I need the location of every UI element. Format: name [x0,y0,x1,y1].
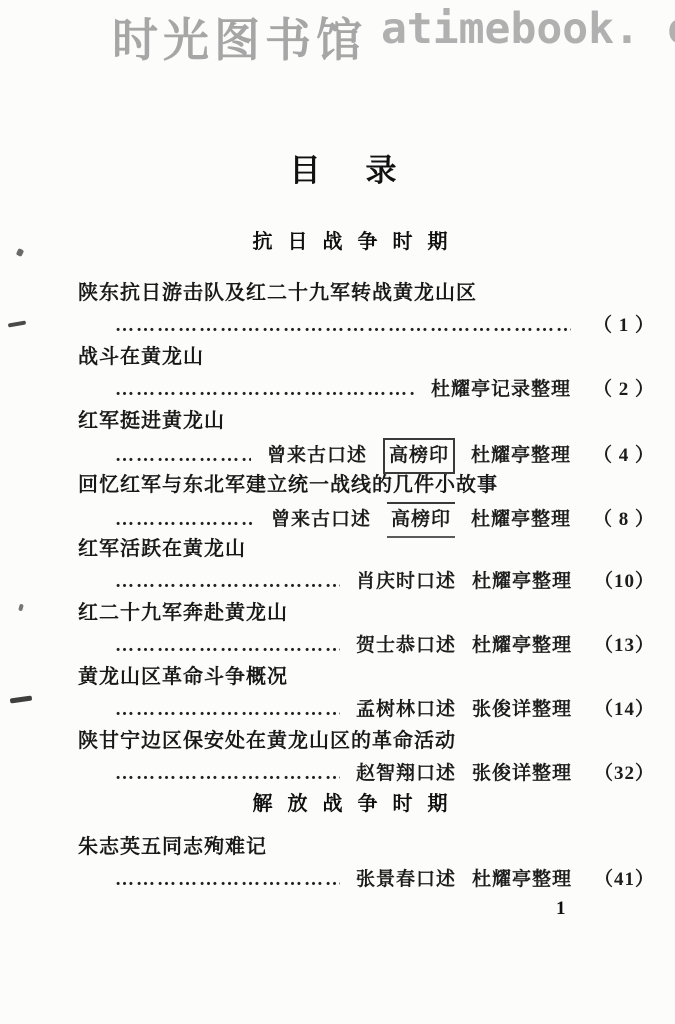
toc-entry: 黄龙山区革命斗争概况 ……………………………………………………………………………… [78,661,655,725]
entry-page-number: （14） [594,694,655,725]
entry-orator: 肖庆时口述 [356,566,456,597]
entry-marked-name: 高榜印 [387,502,455,538]
entry-page-number: （ 2 ） [593,374,655,405]
entry-title: 朱志英五同志殉难记 [78,831,655,864]
entry-detail: …………………………………………………………………………………………………………… [78,374,655,405]
toc-entry: 战斗在黄龙山 ………………………………………………………………………………………… [78,341,655,405]
entry-detail: …………………………………………………………………………………………………………… [78,630,655,661]
entry-editor: 杜耀亭整理 [471,440,571,471]
watermark-site-text: atimebook. c [381,4,675,54]
scanned-document-page: 时光图书馆atimebook. c 目 录 抗日战争时期 陕东抗日游击队及红二十… [0,0,675,1024]
entry-editor: 杜耀亭整理 [471,504,571,535]
leader-dots: …………………………………………………………………………………………………………… [115,566,340,597]
section-heading-anti-japanese-war: 抗日战争时期 [78,229,637,255]
entry-editor: 张俊详整理 [472,694,572,725]
entry-page-number: （41） [594,864,655,895]
leader-dots: …………………………………………………………………………………………………………… [115,630,340,661]
entry-title: 战斗在黄龙山 [78,341,655,374]
entry-orator: 曾来古口述 [267,440,367,471]
watermark: 时光图书馆atimebook. c [112,4,675,70]
entry-editor: 杜耀亭整理 [472,630,572,661]
entry-detail: …………………………………………………………………………………………………………… [78,864,655,895]
leader-dots: …………………………………………………………………………………………………………… [115,864,340,895]
entry-detail: …………………………………………………………………………………………………………… [78,758,655,789]
entry-title: 黄龙山区革命斗争概况 [78,661,655,694]
toc-entry: 红军活跃在黄龙山 …………………………………………………………………………………… [78,533,655,597]
leader-dots: …………………………………………………………………………………………………………… [115,310,571,341]
leader-dots: …………………………………………………………………………………………………………… [115,440,251,471]
entry-editor: 杜耀亭整理 [472,864,572,895]
entry-page-number: （ 8 ） [593,504,655,535]
entry-title: 红军挺进黄龙山 [78,405,655,438]
toc-entry: 陕甘宁边区保安处在黄龙山区的革命活动 ………………………………………………………… [78,725,655,789]
entry-page-number: （10） [594,566,655,597]
entry-title: 陕东抗日游击队及红二十九军转战黄龙山区 [78,277,655,310]
leader-dots: …………………………………………………………………………………………………………… [115,694,340,725]
toc-entry: 朱志英五同志殉难记 ………………………………………………………………………………… [78,831,655,895]
entry-title: 回忆红军与东北军建立统一战线的几件小故事 [78,469,655,502]
entry-orator: 贺士恭口述 [356,630,456,661]
toc-list-section-1: 陕东抗日游击队及红二十九军转战黄龙山区 ……………………………………………………… [78,277,655,789]
entry-orator: 张景春口述 [356,864,456,895]
entry-orator: 赵智翔口述 [356,758,456,789]
entry-page-number: （13） [594,630,655,661]
section-heading-liberation-war: 解放战争时期 [78,791,637,817]
toc-entry: 红军挺进黄龙山 ……………………………………………………………………………………… [78,405,655,469]
entry-editor: 杜耀亭记录整理 [431,374,571,405]
entry-title: 陕甘宁边区保安处在黄龙山区的革命活动 [78,725,655,758]
entry-orator: 曾来古口述 [271,504,371,535]
leader-dots: …………………………………………………………………………………………………………… [115,374,415,405]
toc-content: 目 录 抗日战争时期 陕东抗日游击队及红二十九军转战黄龙山区 ………………………… [0,0,675,895]
entry-editor: 张俊详整理 [472,758,572,789]
leader-dots: …………………………………………………………………………………………………………… [115,758,340,789]
toc-list-section-2: 朱志英五同志殉难记 ………………………………………………………………………………… [78,831,655,895]
toc-entry: 陕东抗日游击队及红二十九军转战黄龙山区 ……………………………………………………… [78,277,655,341]
toc-entry: 回忆红军与东北军建立统一战线的几件小故事 …………………………………………………… [78,469,655,533]
entry-orator: 孟树林口述 [356,694,456,725]
entry-title: 红二十九军奔赴黄龙山 [78,597,655,630]
entry-page-number: （32） [594,758,655,789]
entry-detail: …………………………………………………………………………………………………………… [78,566,655,597]
entry-page-number: （ 1 ） [593,310,655,341]
entry-detail: …………………………………………………………………………………………………………… [78,694,655,725]
folio-page-number: 1 [556,898,566,920]
entry-detail: …………………………………………………………………………………………………………… [78,310,655,341]
toc-entry: 红二十九军奔赴黄龙山 ……………………………………………………………………………… [78,597,655,661]
watermark-chinese-text: 时光图书馆 [112,15,367,66]
entry-title: 红军活跃在黄龙山 [78,533,655,566]
leader-dots: …………………………………………………………………………………………………………… [115,504,255,535]
entry-editor: 杜耀亭整理 [472,566,572,597]
entry-page-number: （ 4 ） [593,440,655,471]
